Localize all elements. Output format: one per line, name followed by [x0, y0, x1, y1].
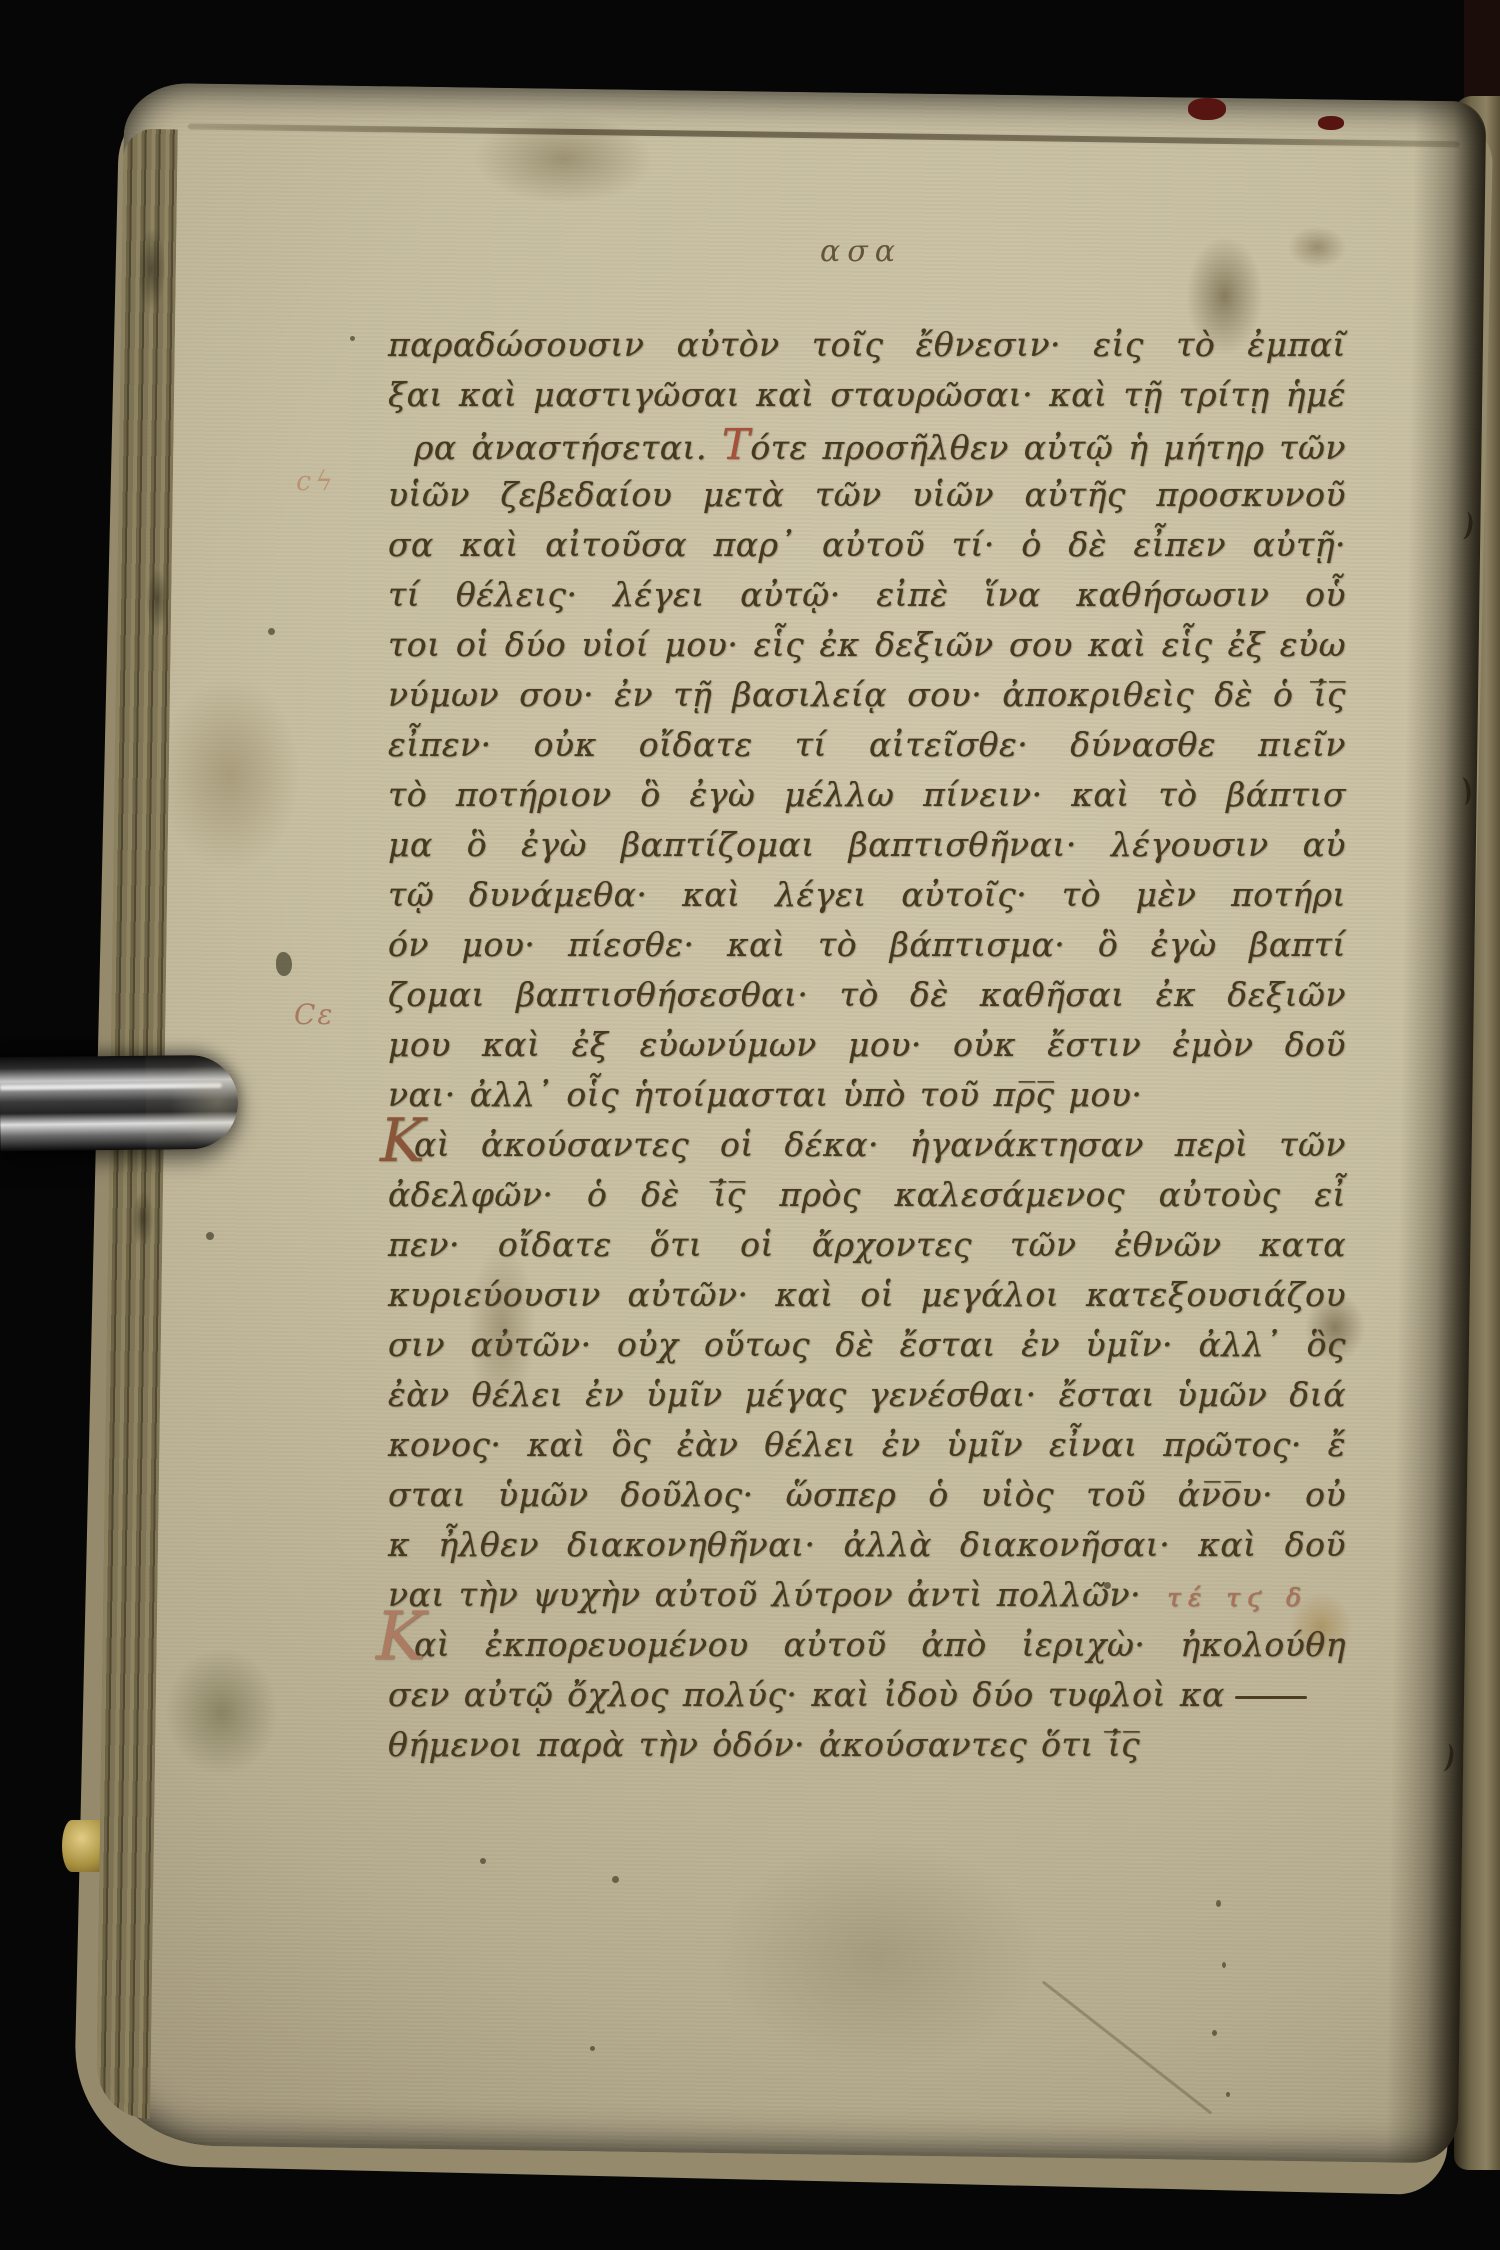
top-edge-crease [188, 123, 1460, 147]
margin-red-mark: Ϲε [294, 998, 334, 1031]
text-line: ναι τὴν ψυχὴν αὐτοῦ λύτρον ἀντὶ πολλῶν·τ… [388, 1570, 1346, 1620]
text-line: Καὶ ἐκπορευομένου αὐτοῦ ἀπὸ ἰεριχὼ· ἠκολ… [388, 1620, 1346, 1670]
gutter-crinkle [1435, 1742, 1456, 1773]
text-line: μου καὶ ἐξ εὐωνύμων μου· οὐκ ἔστιν ἐμὸν … [388, 1020, 1346, 1070]
speck [268, 628, 275, 635]
speck [480, 1858, 486, 1864]
text-line: σιν αὐτῶν· οὐχ οὕτως δὲ ἔσται ἐν ὑμῖν· ἀ… [388, 1320, 1346, 1370]
rubric-tail: τέ τϛ δ [1167, 1583, 1308, 1612]
text-line: μα ὃ ἐγὼ βαπτίζομαι βαπτισθῆναι· λέγουσι… [388, 820, 1346, 870]
speck [1222, 1962, 1226, 1968]
leather-fragment [1318, 116, 1344, 130]
text-line: εἶπεν· οὐκ οἴδατε τί αἰτεῖσθε· δύνασθε π… [388, 720, 1346, 770]
speck [590, 2046, 595, 2051]
glass-weight-rod [0, 1055, 238, 1151]
line-filler-dash [1235, 1696, 1307, 1699]
speck [1104, 1582, 1111, 1589]
text-line: θήμενοι παρὰ τὴν ὁδόν· ἀκούσαντες ὅτι ἰ̅… [388, 1720, 1346, 1770]
text-line: τὸ ποτήριον ὃ ἐγὼ μέλλω πίνειν· καὶ τὸ β… [388, 770, 1346, 820]
text-line: κυριεύουσιν αὐτῶν· καὶ οἱ μεγάλοι κατεξο… [388, 1270, 1346, 1320]
text-line: ζομαι βαπτισθήσεσθαι· τὸ δὲ καθῆσαι ἐκ δ… [388, 970, 1346, 1020]
text-block: παραδώσουσιν αὐτὸν τοῖς ἔθνεσιν· εἰς τὸ … [388, 320, 1346, 1770]
rubric-initial: Κ [380, 1116, 425, 1166]
ink-blob [276, 952, 292, 976]
speck [1226, 2092, 1230, 2097]
text-line: τοι οἱ δύο υἱοί μου· εἷς ἐκ δεξιῶν σου κ… [388, 620, 1346, 670]
folio-mark: ασα [820, 234, 902, 269]
text-line: Καὶ ἀκούσαντες οἱ δέκα· ἠγανάκτησαν περὶ… [388, 1120, 1346, 1170]
text-line: πεν· οἴδατε ὅτι οἱ ἄρχοντες τῶν ἐθνῶν κα… [388, 1220, 1346, 1270]
text-line: τῷ δυνάμεθα· καὶ λέγει αὐτοῖς· τὸ μὲν πο… [388, 870, 1346, 920]
text-line: κονος· καὶ ὃς ἐὰν θέλει ἐν ὑμῖν εἶναι πρ… [388, 1420, 1346, 1470]
leather-fragment [1188, 98, 1226, 120]
text-line: υἱῶν ζεβεδαίου μετὰ τῶν υἱῶν αὐτῆς προσκ… [388, 470, 1346, 520]
text-line: ναι· ἀλλ᾿ οἷς ἡτοίμασται ὑπὸ τοῦ πρ̅ς̅ μ… [388, 1070, 1346, 1120]
text-line: σεν αὐτῷ ὄχλος πολύς· καὶ ἰδοὺ δύο τυφλο… [388, 1670, 1346, 1720]
text-line: ἀδελφῶν· ὁ δὲ ἰ̅ς̅ πρὸς καλεσάμενος αὐτο… [388, 1170, 1346, 1220]
speck [1212, 2030, 1217, 2036]
text-line: ἐὰν θέλει ἐν ὑμῖν μέγας γενέσθαι· ἔσται … [388, 1370, 1346, 1420]
text-line: όν μου· πίεσθε· καὶ τὸ βάπτισμα· ὃ ἐγὼ β… [388, 920, 1346, 970]
text-line: τί θέλεις· λέγει αὐτῷ· εἰπὲ ἵνα καθήσωσι… [388, 570, 1346, 620]
text-line: παραδώσουσιν αὐτὸν τοῖς ἔθνεσιν· εἰς τὸ … [388, 320, 1346, 370]
text-line: κ ἦλθεν διακονηθῆναι· ἀλλὰ διακονῆσαι· κ… [388, 1520, 1346, 1570]
gutter-crinkle [1453, 777, 1471, 806]
margin-chapter-numeral: ϲϟ [296, 466, 337, 497]
rubric-initial: Τ [722, 420, 751, 469]
text-line: σται ὑμῶν δοῦλος· ὥσπερ ὁ υἱὸς τοῦ ἀν̅ο̅… [388, 1470, 1346, 1520]
text-line: ρα ἀναστήσεται. Τότε προσῆλθεν αὐτῷ ἡ μή… [388, 420, 1346, 470]
rubric-initial: Κ [376, 1612, 426, 1662]
speck [1216, 1900, 1221, 1907]
text-line: νύμων σου· ἐν τῇ βασιλείᾳ σου· ἀποκριθεὶ… [388, 670, 1346, 720]
speck [206, 1232, 214, 1240]
speck [350, 336, 355, 341]
text-line: σα καὶ αἰτοῦσα παρ᾿ αὐτοῦ τί· ὁ δὲ εἶπεν… [388, 520, 1346, 570]
photo-backdrop: ασα ϲϟ Ϲε παραδώσουσιν αὐτὸν τοῖς ἔθνεσι… [0, 0, 1500, 2250]
speck [612, 1876, 619, 1883]
text-line: ξαι καὶ μαστιγῶσαι καὶ σταυρῶσαι· καὶ τῇ… [388, 370, 1346, 420]
gutter-crinkle [1454, 510, 1474, 540]
